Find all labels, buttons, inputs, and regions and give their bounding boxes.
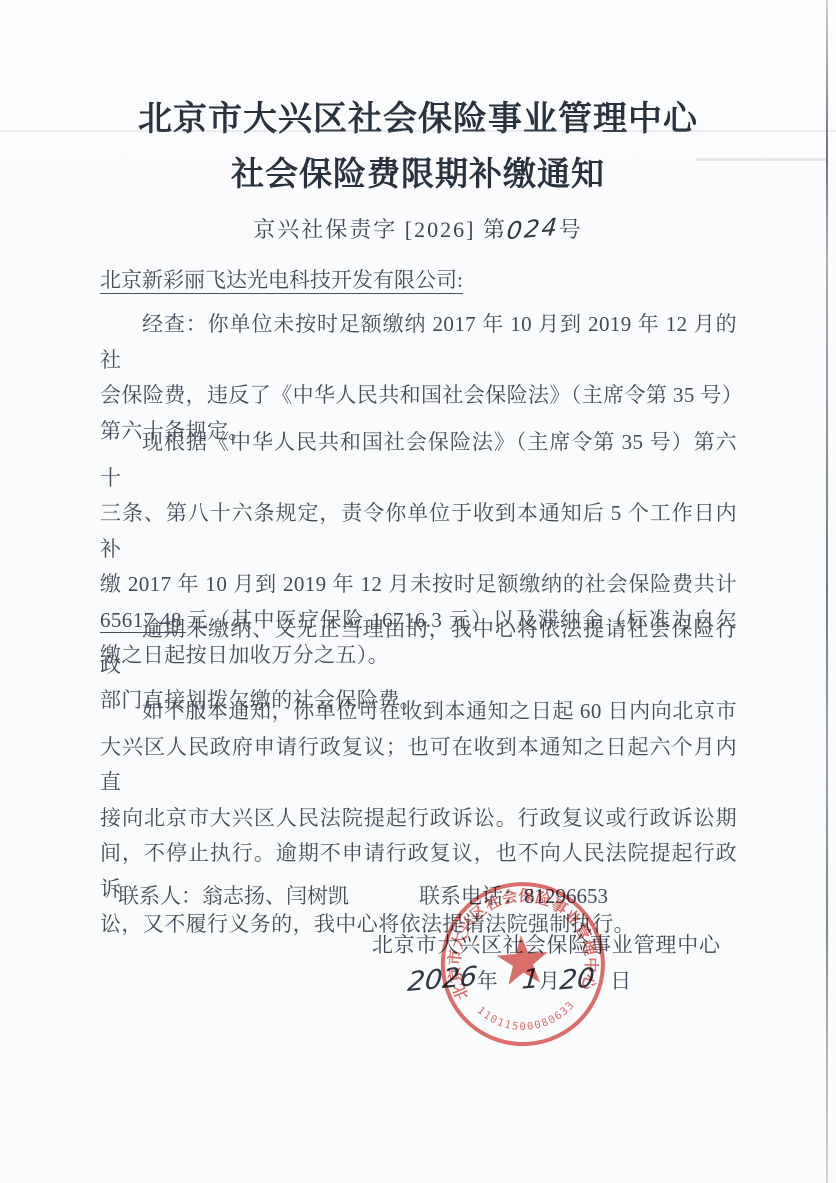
scanned-notice-page: 北京市大兴区社会保险事业管理中心 社会保险费限期补缴通知 京兴社保责字 [202… [0,0,836,1183]
contact-persons: 翁志扬、闫树凯 [202,884,349,908]
recipient-name: 北京新彩丽飞达光电科技开发有限公司: [100,268,463,294]
scan-streak [696,158,826,161]
seal-star-icon [495,933,550,985]
body-line: 现根据《中华人民共和国社会保险法》（主席令第 35 号）第六十 [100,425,737,496]
body-line: 如不服本通知，你单位可在收到本通知之日起 60 日内向北京市 [100,694,737,730]
seal-svg: 北京市大兴区社会保险事业管理中心 11011500080633 [430,872,618,1060]
body-line: 接向北京市大兴区人民法院提起行政诉讼。行政复议或行政诉讼期 [100,801,737,837]
body-line: 逾期未缴纳、又无正当理由的，我中心将依法提请社会保险行政 [100,612,737,683]
body-line: 三条、第八十六条规定，责令你单位于收到本通知后 5 个工作日内补 [100,496,737,567]
official-seal-stamp: 北京市大兴区社会保险事业管理中心 11011500080633 [430,872,618,1060]
body-line: 缴 2017 年 10 月到 2019 年 12 月未按时足额缴纳的社会保险费共… [100,567,737,603]
doc-number-suffix: 号 [559,217,583,242]
scan-streak [0,130,836,132]
doc-number-handwritten: 024 [505,211,560,247]
page-title: 北京市大兴区社会保险事业管理中心 [0,97,836,141]
seal-code: 11011500080633 [474,998,579,1037]
svg-text:11011500080633: 11011500080633 [474,998,579,1037]
doc-number-prefix: 京兴社保责字 [2026] 第 [253,217,507,242]
body-line: 经查：你单位未按时足额缴纳 2017 年 10 月到 2019 年 12 月的社 [100,307,737,378]
body-line: 会保险费，违反了《中华人民共和国社会保险法》（主席令第 35 号） [100,378,737,414]
body-line: 大兴区人民政府申请行政复议；也可在收到本通知之日起六个月内直 [100,730,737,801]
recipient-line: 北京新彩丽飞达光电科技开发有限公司: [100,262,463,298]
doc-number: 京兴社保责字 [2026] 第024号 [0,213,836,246]
scan-edge-line [826,0,828,1183]
contact-person-label: 联系人： [118,884,202,908]
